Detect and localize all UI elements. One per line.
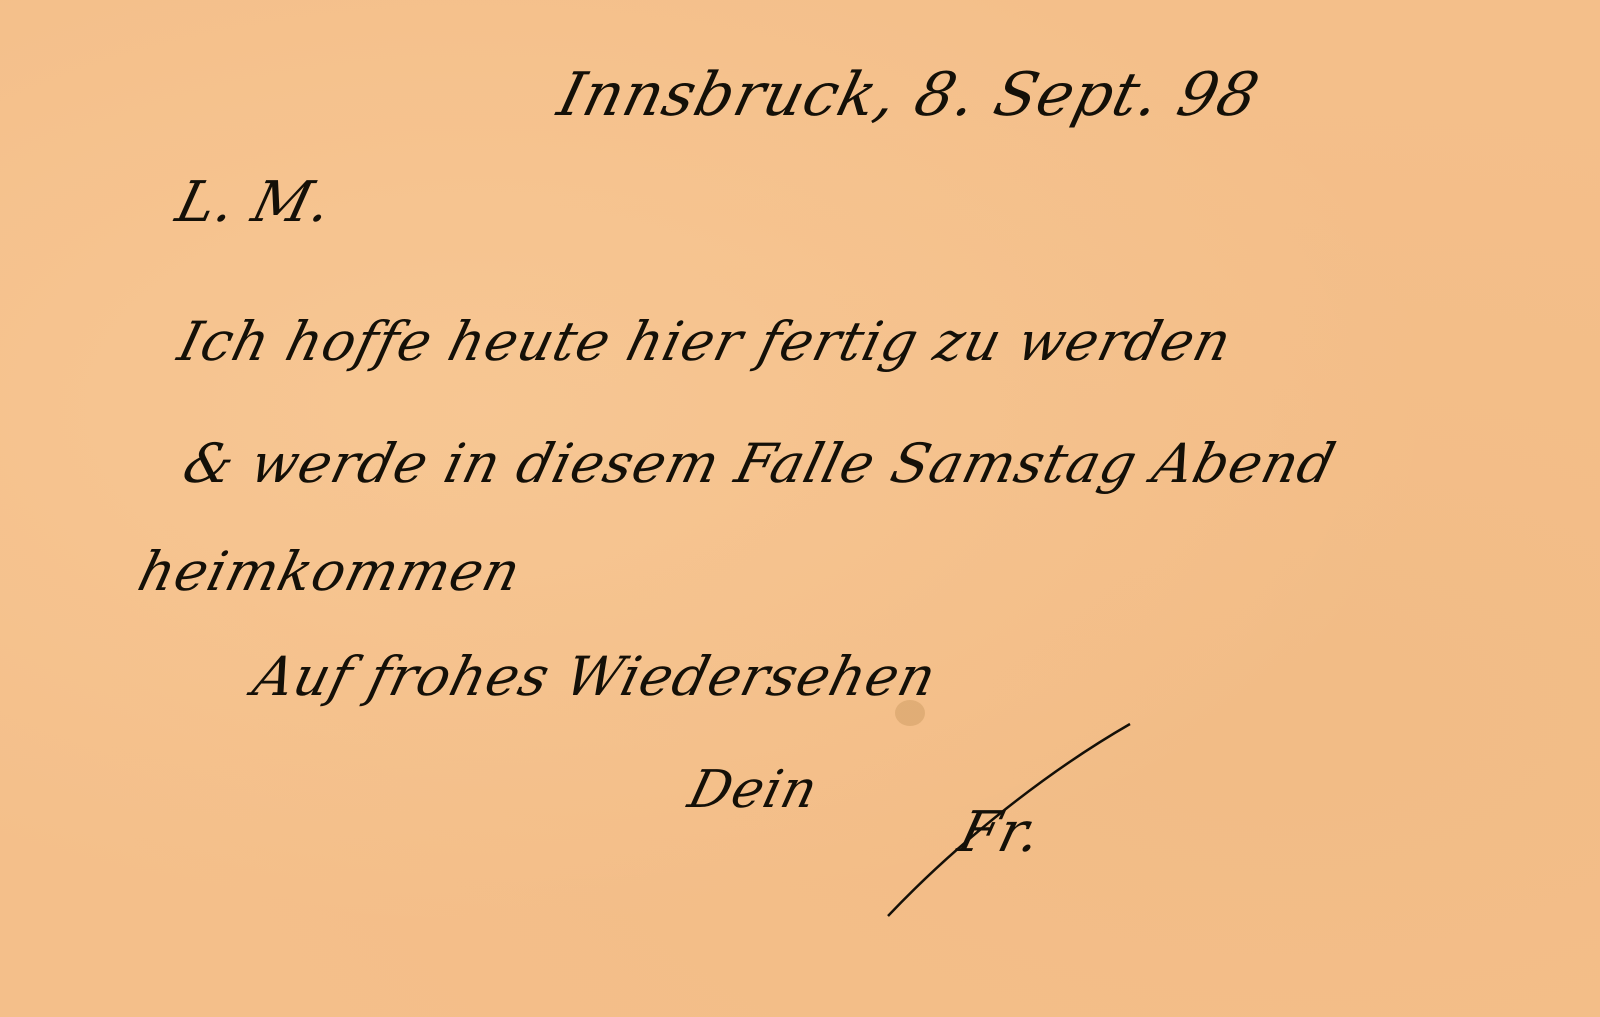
signature: Fr.: [952, 800, 1048, 865]
place-date: Innsbruck, 8. Sept. 98: [551, 60, 1266, 130]
body-line-1: Ich hoffe heute hier fertig zu werden: [172, 310, 1238, 373]
paper-stain: [895, 700, 925, 726]
closing-line: Auf frohes Wiedersehen: [247, 645, 943, 708]
body-line-3: heimkommen: [132, 540, 527, 603]
postcard: Innsbruck, 8. Sept. 98 L. M. Ich hoffe h…: [0, 0, 1600, 1017]
salutation: L. M.: [170, 170, 339, 235]
body-line-2: & werde in diesem Falle Samstag Abend: [177, 432, 1342, 495]
signoff: Dein: [683, 760, 825, 820]
